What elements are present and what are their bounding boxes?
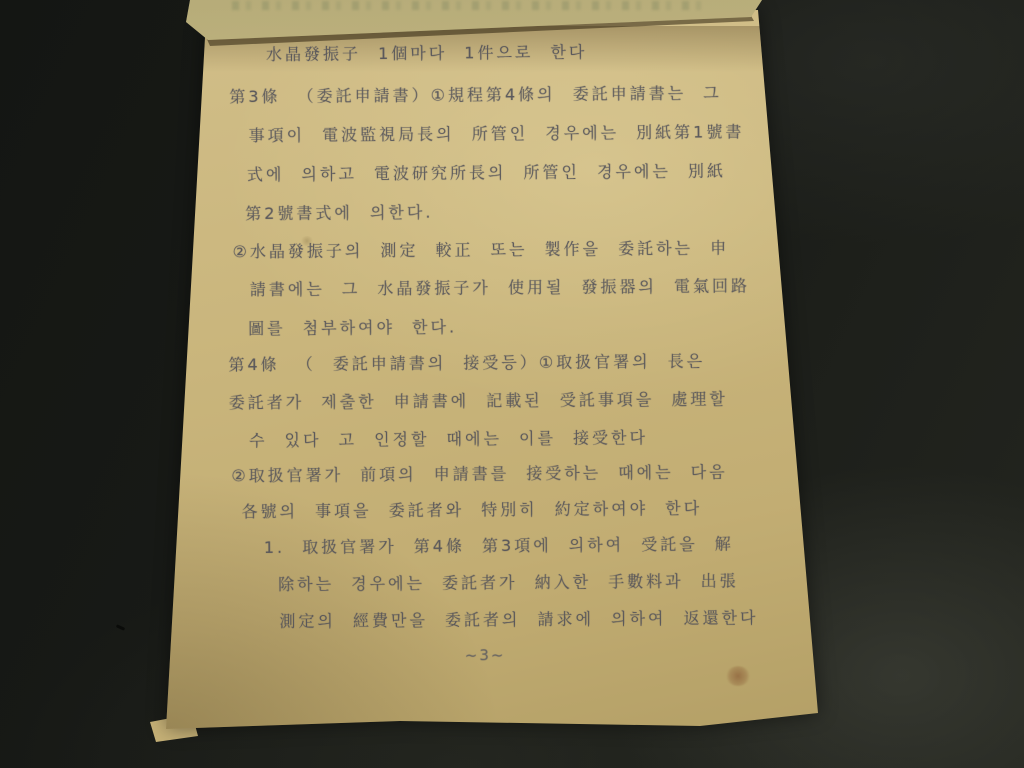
page-number: ~3~ xyxy=(465,646,506,664)
document-line: 委託者가 제출한 申請書에 記載된 受託事項을 處理할 xyxy=(229,386,728,413)
notepad: 水晶發振子 1個마다 1件으로 한다 第3條 （委託申請書）①規程第4條의 委託… xyxy=(0,0,1024,768)
show-through-text-smudge xyxy=(232,1,702,10)
photo-background: 水晶發振子 1個마다 1件으로 한다 第3條 （委託申請書）①規程第4條의 委託… xyxy=(0,0,1024,768)
document-line: 事項이 電波監視局長의 所管인 경우에는 別紙第1號書 xyxy=(249,119,745,146)
document-line: 水晶發振子 1個마다 1件으로 한다 xyxy=(266,39,588,65)
document-line: 第2號書式에 의한다. xyxy=(245,200,433,224)
paper-stain xyxy=(726,666,750,686)
document-line: 請書에는 그 水晶發振子가 使用될 發振器의 電氣回路 xyxy=(250,273,750,300)
paper-stain-faint xyxy=(300,236,314,246)
document-line: 수 있다 고 인정할 때에는 이를 接受한다 xyxy=(249,425,648,451)
document-line: 式에 의하고 電波研究所長의 所管인 경우에는 別紙 xyxy=(247,158,726,185)
document-line: 第3條 （委託申請書）①規程第4條의 委託申請書는 그 xyxy=(229,80,722,107)
document-line: 1. 取扱官署가 第4條 第3項에 의하여 受託을 解 xyxy=(264,531,734,558)
document-line: 各號의 事項을 委託者와 特別히 約定하여야 한다 xyxy=(241,496,702,523)
notepad-page: 水晶發振子 1個마다 1件으로 한다 第3條 （委託申請書）①規程第4條의 委託… xyxy=(0,0,1024,768)
document-line: 測定의 經費만을 委託者의 請求에 의하여 返還한다 xyxy=(279,605,758,632)
document-line: ②取扱官署가 前項의 申請書를 接受하는 때에는 다음 xyxy=(231,459,728,486)
handwritten-document: 水晶發振子 1個마다 1件으로 한다 第3條 （委託申請書）①規程第4條의 委託… xyxy=(0,0,1024,768)
document-line: 圖를 첨부하여야 한다. xyxy=(248,314,457,339)
document-line: 除하는 경우에는 委託者가 納入한 手數料과 出張 xyxy=(278,568,739,595)
document-line: 第4條 （ 委託申請書의 接受등）①取扱官署의 長은 xyxy=(228,348,705,375)
